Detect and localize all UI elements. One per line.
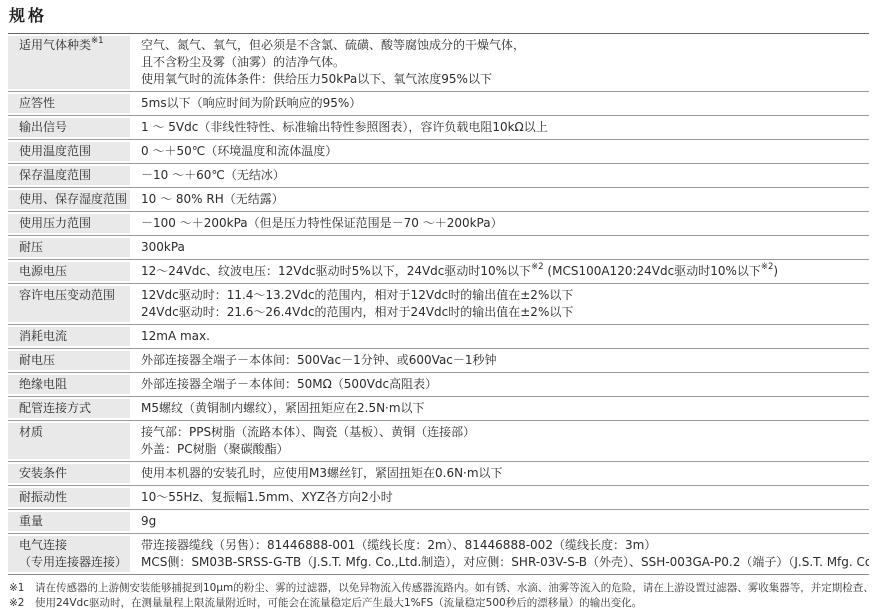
table-row: 安装条件使用本机器的安装孔时，应使用M3螺丝钉，紧固扭矩在0.6N·m以下 — [8, 461, 869, 485]
row-value: 300kPa — [130, 236, 869, 259]
text-line: 耐振动性 — [19, 489, 126, 506]
table-row: 配管连接方式M5螺纹（黄铜制内螺纹），紧固扭矩应在2.5N·m以下 — [8, 396, 869, 420]
text-line: 耐压 — [19, 239, 126, 256]
text-line: 使用、保存湿度范围 — [19, 191, 126, 208]
text-line: 适用气体种类※1 — [19, 37, 126, 54]
text-line: －10 ～＋60℃（无结冰） — [141, 167, 863, 184]
text-line: 容许电压变动范围 — [19, 287, 126, 304]
table-row: 使用温度范围0 ～＋50℃（环境温度和流体温度） — [8, 139, 869, 163]
row-label: 适用气体种类※1 — [8, 36, 130, 89]
text-line: 消耗电流 — [19, 328, 126, 345]
row-value: 10 ～ 80% RH（无结露） — [130, 188, 869, 211]
text-line: 电气连接 — [19, 537, 126, 554]
row-value: 10～55Hz、复振幅1.5mm、XYZ各方向2小时 — [130, 486, 869, 509]
table-row: 耐电压外部连接器全端子－本体间：500Vac－1分钟、或600Vac－1秒钟 — [8, 348, 869, 372]
text-line: 保存温度范围 — [19, 167, 126, 184]
row-value: 空气、氮气、氧气，但必须是不含氯、硫磺、酸等腐蚀成分的干燥气体，且不含粉尘及雾（… — [130, 34, 869, 91]
text-line: 使用本机器的安装孔时，应使用M3螺丝钉，紧固扭矩在0.6N·m以下 — [141, 465, 863, 482]
row-label: 消耗电流 — [8, 327, 130, 346]
text-line: 耐电压 — [19, 352, 126, 369]
text-line: 外部连接器全端子－本体间：50MΩ（500Vdc高阻表） — [141, 376, 863, 393]
table-row: 使用压力范围－100 ～＋200kPa（但是压力特性保证范围是－70 ～＋200… — [8, 211, 869, 235]
table-row: 应答性5ms以下（响应时间为阶跃响应的95%） — [8, 91, 869, 115]
footnotes: ※1请在传感器的上游侧安装能够捕捉到10μm的粉尘、雾的过滤器，以免异物流入传感… — [9, 581, 869, 609]
footnote: ※1请在传感器的上游侧安装能够捕捉到10μm的粉尘、雾的过滤器，以免异物流入传感… — [9, 581, 869, 596]
table-row: 保存温度范围－10 ～＋60℃（无结冰） — [8, 163, 869, 187]
text-line: 使用氧气时的流体条件：供给压力50kPa以下、氧气浓度95%以下 — [141, 71, 863, 88]
text-line: 300kPa — [141, 239, 863, 256]
page-title: 规格 — [9, 7, 869, 25]
row-value: 带连接器缆线（另售）：81446888-001（缆线长度：2m）、8144688… — [130, 534, 869, 574]
text-line: 空气、氮气、氧气，但必须是不含氯、硫磺、酸等腐蚀成分的干燥气体， — [141, 37, 863, 54]
text-line: 24Vdc驱动时：21.6～26.4Vdc的范围内，相对于24Vdc时的输出值在… — [141, 304, 863, 321]
row-value: －100 ～＋200kPa（但是压力特性保证范围是－70 ～＋200kPa） — [130, 212, 869, 235]
text-line: 重量 — [19, 513, 126, 530]
table-row: 重量9g — [8, 509, 869, 533]
text-line: 12～24Vdc、纹波电压：12Vdc驱动时5%以下，24Vdc驱动时10%以下… — [141, 263, 863, 280]
row-label: 材质 — [8, 423, 130, 459]
row-label: 电气连接（专用连接器连接） — [8, 536, 130, 572]
text-line: 电源电压 — [19, 263, 126, 280]
text-line: 12mA max. — [141, 328, 863, 345]
table-row: 绝缘电阻外部连接器全端子－本体间：50MΩ（500Vdc高阻表） — [8, 372, 869, 396]
text-line: 使用温度范围 — [19, 143, 126, 160]
text-line: 9g — [141, 513, 863, 530]
text-line: 配管连接方式 — [19, 400, 126, 417]
footnote-text: 请在传感器的上游侧安装能够捕捉到10μm的粉尘、雾的过滤器，以免异物流入传感器流… — [35, 581, 869, 596]
footnote-marker: ※1 — [9, 581, 35, 596]
text-line: 外盖：PC树脂（聚碳酸酯） — [141, 441, 863, 458]
text-line: 10～55Hz、复振幅1.5mm、XYZ各方向2小时 — [141, 489, 863, 506]
text-line: 输出信号 — [19, 119, 126, 136]
text-line: 绝缘电阻 — [19, 376, 126, 393]
row-value: 外部连接器全端子－本体间：50MΩ（500Vdc高阻表） — [130, 373, 869, 396]
row-value: M5螺纹（黄铜制内螺纹），紧固扭矩应在2.5N·m以下 — [130, 397, 869, 420]
text-line: 0 ～＋50℃（环境温度和流体温度） — [141, 143, 863, 160]
row-value: 9g — [130, 510, 869, 533]
row-value: 接气部：PPS树脂（流路本体）、陶瓷（基板）、黄铜（连接部）外盖：PC树脂（聚碳… — [130, 421, 869, 461]
row-value: 12～24Vdc、纹波电压：12Vdc驱动时5%以下，24Vdc驱动时10%以下… — [130, 260, 869, 283]
row-label: 电源电压 — [8, 262, 130, 281]
row-label: 耐振动性 — [8, 488, 130, 507]
row-label: 输出信号 — [8, 118, 130, 137]
spec-table: 适用气体种类※1空气、氮气、氧气，但必须是不含氯、硫磺、酸等腐蚀成分的干燥气体，… — [8, 33, 869, 575]
table-row: 电源电压12～24Vdc、纹波电压：12Vdc驱动时5%以下，24Vdc驱动时1… — [8, 259, 869, 283]
text-line: 使用压力范围 — [19, 215, 126, 232]
row-label: 耐压 — [8, 238, 130, 257]
row-label: 应答性 — [8, 94, 130, 113]
spec-page: 规格 适用气体种类※1空气、氮气、氧气，但必须是不含氯、硫磺、酸等腐蚀成分的干燥… — [0, 0, 877, 609]
table-row: 消耗电流12mA max. — [8, 324, 869, 348]
table-row: 适用气体种类※1空气、氮气、氧气，但必须是不含氯、硫磺、酸等腐蚀成分的干燥气体，… — [8, 34, 869, 91]
table-row: 使用、保存湿度范围10 ～ 80% RH（无结露） — [8, 187, 869, 211]
row-label: 保存温度范围 — [8, 166, 130, 185]
text-line: （专用连接器连接） — [19, 554, 126, 571]
footnote: ※2使用24Vdc驱动时，在测量量程上限流量附近时，可能会在流量稳定后产生最大1… — [9, 596, 869, 609]
text-line: 安装条件 — [19, 465, 126, 482]
row-label: 绝缘电阻 — [8, 375, 130, 394]
footnote-ref: ※2 — [761, 262, 774, 272]
table-row: 耐压300kPa — [8, 235, 869, 259]
row-label: 使用压力范围 — [8, 214, 130, 233]
row-label: 容许电压变动范围 — [8, 286, 130, 322]
row-value: 12mA max. — [130, 325, 869, 348]
row-value: 0 ～＋50℃（环境温度和流体温度） — [130, 140, 869, 163]
text-line: M5螺纹（黄铜制内螺纹），紧固扭矩应在2.5N·m以下 — [141, 400, 863, 417]
text-line: 材质 — [19, 424, 126, 441]
table-row: 材质接气部：PPS树脂（流路本体）、陶瓷（基板）、黄铜（连接部）外盖：PC树脂（… — [8, 420, 869, 461]
text-line: 外部连接器全端子－本体间：500Vac－1分钟、或600Vac－1秒钟 — [141, 352, 863, 369]
text-line: －100 ～＋200kPa（但是压力特性保证范围是－70 ～＋200kPa） — [141, 215, 863, 232]
row-label: 耐电压 — [8, 351, 130, 370]
text-line: 5ms以下（响应时间为阶跃响应的95%） — [141, 95, 863, 112]
row-label: 使用、保存湿度范围 — [8, 190, 130, 209]
footnote-marker: ※2 — [9, 596, 35, 609]
table-row: 输出信号1 ～ 5Vdc（非线性特性、标准输出特性参照图表），容许负载电阻10k… — [8, 115, 869, 139]
table-row: 电气连接（专用连接器连接）带连接器缆线（另售）：81446888-001（缆线长… — [8, 533, 869, 574]
text-line: 1 ～ 5Vdc（非线性特性、标准输出特性参照图表），容许负载电阻10kΩ以上 — [141, 119, 863, 136]
text-line: 且不含粉尘及雾（油雾）的洁净气体。 — [141, 54, 863, 71]
row-label: 重量 — [8, 512, 130, 531]
row-label: 配管连接方式 — [8, 399, 130, 418]
row-value: 1 ～ 5Vdc（非线性特性、标准输出特性参照图表），容许负载电阻10kΩ以上 — [130, 116, 869, 139]
row-value: 外部连接器全端子－本体间：500Vac－1分钟、或600Vac－1秒钟 — [130, 349, 869, 372]
row-value: 5ms以下（响应时间为阶跃响应的95%） — [130, 92, 869, 115]
text-line: 10 ～ 80% RH（无结露） — [141, 191, 863, 208]
row-label: 安装条件 — [8, 464, 130, 483]
text-line: MCS侧：SM03B-SRSS-G-TB（J.S.T. Mfg. Co.,Ltd… — [141, 554, 863, 571]
table-row: 耐振动性10～55Hz、复振幅1.5mm、XYZ各方向2小时 — [8, 485, 869, 509]
text-line: 应答性 — [19, 95, 126, 112]
footnote-ref: ※2 — [531, 262, 544, 272]
text-line: 接气部：PPS树脂（流路本体）、陶瓷（基板）、黄铜（连接部） — [141, 424, 863, 441]
footnote-ref: ※1 — [91, 36, 104, 46]
row-value: 12Vdc驱动时：11.4～13.2Vdc的范围内，相对于12Vdc时的输出值在… — [130, 284, 869, 324]
row-label: 使用温度范围 — [8, 142, 130, 161]
table-row: 容许电压变动范围12Vdc驱动时：11.4～13.2Vdc的范围内，相对于12V… — [8, 283, 869, 324]
row-value: 使用本机器的安装孔时，应使用M3螺丝钉，紧固扭矩在0.6N·m以下 — [130, 462, 869, 485]
row-value: －10 ～＋60℃（无结冰） — [130, 164, 869, 187]
text-line: 带连接器缆线（另售）：81446888-001（缆线长度：2m）、8144688… — [141, 537, 863, 554]
footnote-text: 使用24Vdc驱动时，在测量量程上限流量附近时，可能会在流量稳定后产生最大1%F… — [35, 596, 642, 609]
text-line: 12Vdc驱动时：11.4～13.2Vdc的范围内，相对于12Vdc时的输出值在… — [141, 287, 863, 304]
